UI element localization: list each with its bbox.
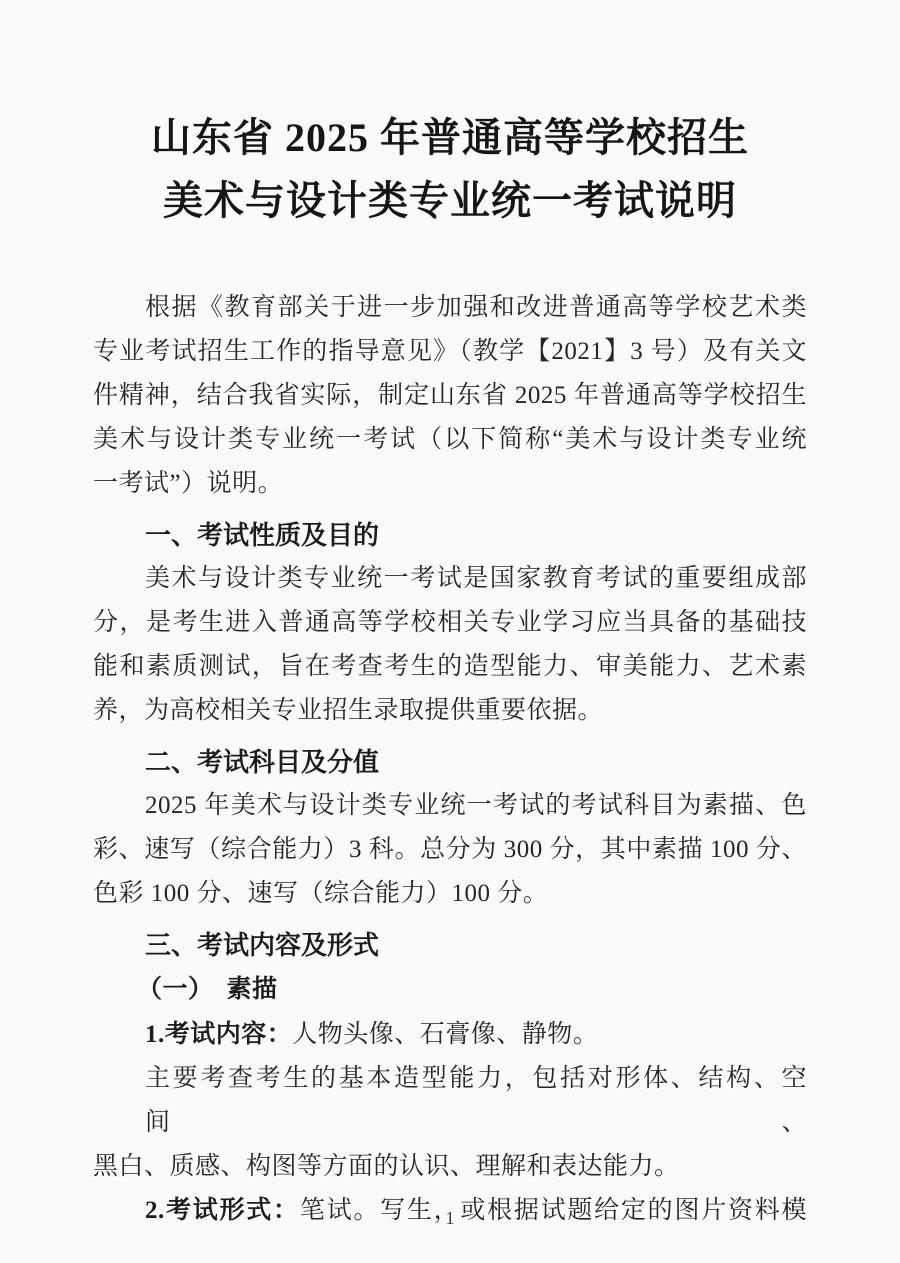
text-line: 美术与设计类专业统一考试是国家教育考试的重要组成部	[93, 557, 807, 601]
text-line: 专业考试招生工作的指导意见》（教学【2021】3 号）及有关文	[93, 330, 807, 374]
title-line-1: 山东省 2025 年普通高等学校招生	[93, 106, 807, 169]
text-line: 件精神，结合我省实际，制定山东省 2025 年普通高等学校招生	[93, 374, 807, 418]
text-line: 彩、速写（综合能力）3 科。总分为 300 分，其中素描 100 分、	[93, 828, 807, 872]
page-number: 1	[0, 1208, 900, 1229]
text-line: 黑白、质感、构图等方面的认识、理解和表达能力。	[93, 1145, 807, 1189]
text-line: 主要考查考生的基本造型能力，包括对形体、结构、空间、	[93, 1057, 807, 1145]
text-line: 根据《教育部关于进一步加强和改进普通高等学校艺术类	[93, 286, 807, 330]
document-title: 山东省 2025 年普通高等学校招生 美术与设计类专业统一考试说明	[93, 106, 807, 232]
intro-paragraph: 根据《教育部关于进一步加强和改进普通高等学校艺术类 专业考试招生工作的指导意见》…	[93, 286, 807, 506]
exam-content-label: 1.考试内容：	[145, 1021, 292, 1048]
subsection-heading-sketch: （一） 素描	[93, 967, 807, 1013]
text-line: 色彩 100 分、速写（综合能力）100 分。	[93, 872, 807, 916]
sketch-description-paragraph: 主要考查考生的基本造型能力，包括对形体、结构、空间、 黑白、质感、构图等方面的认…	[93, 1057, 807, 1189]
text-line: 美术与设计类专业统一考试（以下简称“美术与设计类专业统	[93, 418, 807, 462]
text-line: 2025 年美术与设计类专业统一考试的考试科目为素描、色	[93, 784, 807, 828]
exam-content-text: 人物头像、石膏像、静物。	[292, 1021, 598, 1048]
text-line: 养，为高校相关专业招生录取提供重要依据。	[93, 689, 807, 733]
section-heading-2: 二、考试科目及分值	[93, 740, 807, 784]
section-2-paragraph: 2025 年美术与设计类专业统一考试的考试科目为素描、色 彩、速写（综合能力）3…	[93, 784, 807, 916]
text-line: 能和素质测试，旨在考查考生的造型能力、审美能力、艺术素	[93, 645, 807, 689]
text-line: 分，是考生进入普通高等学校相关专业学习应当具备的基础技	[93, 601, 807, 645]
document-page: 山东省 2025 年普通高等学校招生 美术与设计类专业统一考试说明 根据《教育部…	[0, 0, 900, 1263]
section-1-paragraph: 美术与设计类专业统一考试是国家教育考试的重要组成部 分，是考生进入普通高等学校相…	[93, 557, 807, 733]
title-line-2: 美术与设计类专业统一考试说明	[93, 169, 807, 232]
text-line: 一考试”）说明。	[93, 462, 807, 506]
exam-content-line: 1.考试内容：人物头像、石膏像、静物。	[93, 1013, 807, 1057]
section-heading-3: 三、考试内容及形式	[93, 923, 807, 967]
document-content: 山东省 2025 年普通高等学校招生 美术与设计类专业统一考试说明 根据《教育部…	[0, 0, 900, 1233]
section-heading-1: 一、考试性质及目的	[93, 513, 807, 557]
